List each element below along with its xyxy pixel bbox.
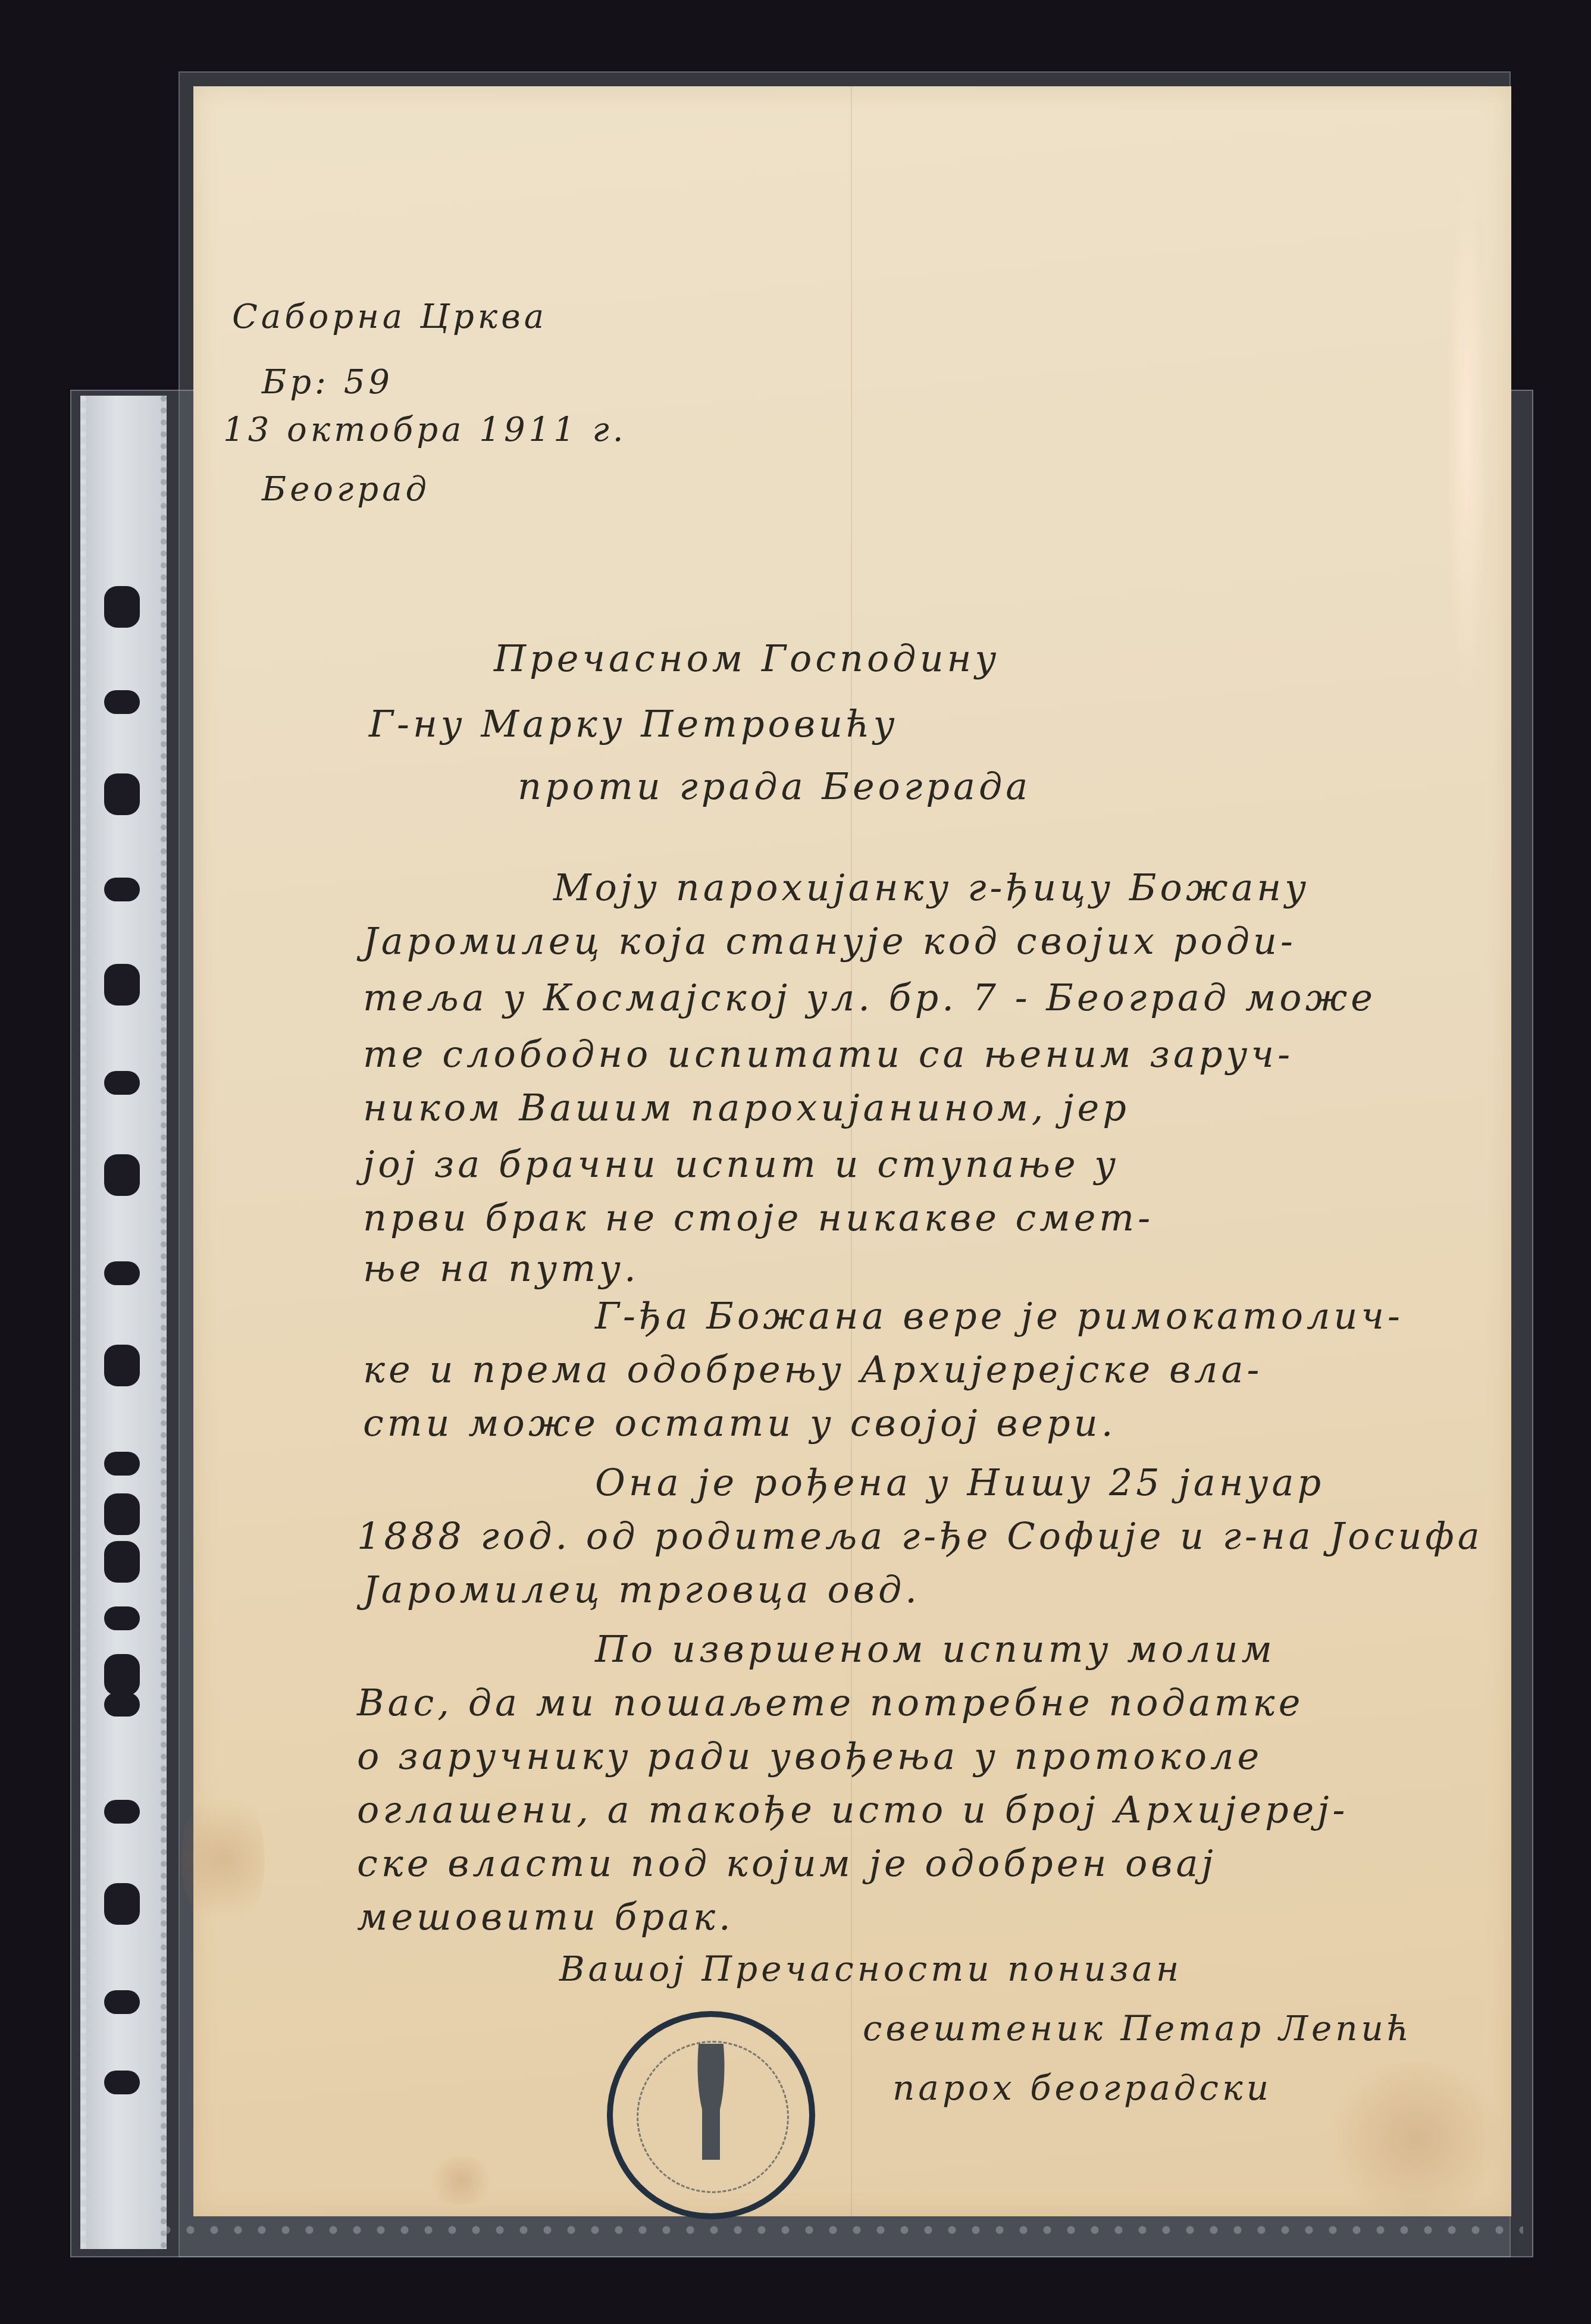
body-line: о заручнику ради увођења у протоколе	[357, 1734, 1263, 1778]
sleeve-seam	[155, 2218, 1523, 2242]
punch-hole	[104, 690, 140, 714]
body-line: теља у Космајској ул. бр. 7 - Београд мо…	[363, 976, 1376, 1019]
paper-stain	[1321, 2062, 1511, 2216]
paper-stain	[181, 1782, 265, 1937]
body-line: Моју парохијанку г-ђицу Божану	[553, 866, 1310, 909]
addressee-line-1: Пречасном Господину	[494, 637, 1000, 680]
punch-hole	[104, 1345, 140, 1386]
punch-hole	[104, 1452, 140, 1476]
header-number: Бр: 59	[262, 363, 393, 402]
punch-hole	[104, 1071, 140, 1095]
punch-hole	[104, 1493, 140, 1535]
addressee-line-2: Г-ну Марку Петровићу	[369, 702, 898, 746]
body-line: те слободно испитати са њеним заруч-	[363, 1032, 1294, 1076]
angel-icon	[687, 2044, 735, 2169]
punch-hole	[104, 1606, 140, 1630]
body-line: јој за брачни испит и ступање у	[363, 1142, 1119, 1186]
punch-hole	[104, 1800, 140, 1824]
body-line: Г-ђа Божана вере је римокатолич-	[595, 1294, 1404, 1338]
punch-hole	[104, 773, 140, 815]
punch-hole	[104, 1541, 140, 1583]
body-line: сти може остати у својој вери.	[363, 1401, 1116, 1445]
body-line: мешовити брак.	[357, 1895, 734, 1938]
punch-hole	[104, 1654, 140, 1696]
binder-strip	[80, 396, 167, 2249]
signature-name: свештеник Петар Лепић	[863, 2008, 1413, 2049]
sleeve-glare	[1446, 164, 1487, 699]
header-date: 13 октобра 1911 г.	[223, 411, 627, 449]
punch-hole	[104, 1883, 140, 1925]
body-line: Јаромилец трговца овд.	[363, 1568, 920, 1611]
church-seal	[607, 2011, 815, 2219]
punch-hole	[104, 1693, 140, 1717]
body-line: први брак не стоје никакве смет-	[363, 1196, 1154, 1239]
body-line: ње на путу.	[363, 1246, 640, 1290]
signature-title: парох београдски	[892, 2068, 1272, 2108]
body-line: Јаромилец која станује код својих роди-	[363, 919, 1296, 963]
punch-hole	[104, 1154, 140, 1196]
body-line: Вас, да ми пошаљете потребне податке	[357, 1681, 1304, 1724]
body-line: ником Вашим парохијанином, јер	[363, 1086, 1130, 1129]
paper-stain	[425, 2157, 497, 2204]
punch-hole	[104, 1990, 140, 2014]
punch-hole	[104, 1261, 140, 1285]
body-line: По извршеном испиту молим	[595, 1627, 1276, 1671]
header-institution: Саборна Црква	[232, 297, 547, 336]
addressee-line-3: проти града Београда	[518, 765, 1031, 808]
header-place: Београд	[262, 470, 430, 509]
body-line: Она је рођена у Нишу 25 јануар	[595, 1461, 1324, 1504]
punch-hole	[104, 964, 140, 1006]
closing-line-1: Вашој Пречасности понизан	[559, 1949, 1182, 1989]
punch-hole	[104, 2071, 140, 2094]
body-line: ке и према одобрењу Архијерејске вла-	[363, 1348, 1263, 1391]
body-line: 1888 год. од родитеља г-ђе Софије и г-на…	[357, 1514, 1483, 1558]
body-line: оглашени, а такође исто и број Архијереј…	[357, 1788, 1348, 1831]
punch-hole	[104, 586, 140, 628]
body-line: ске власти под којим је одобрен овај	[357, 1841, 1217, 1885]
punch-hole	[104, 878, 140, 901]
